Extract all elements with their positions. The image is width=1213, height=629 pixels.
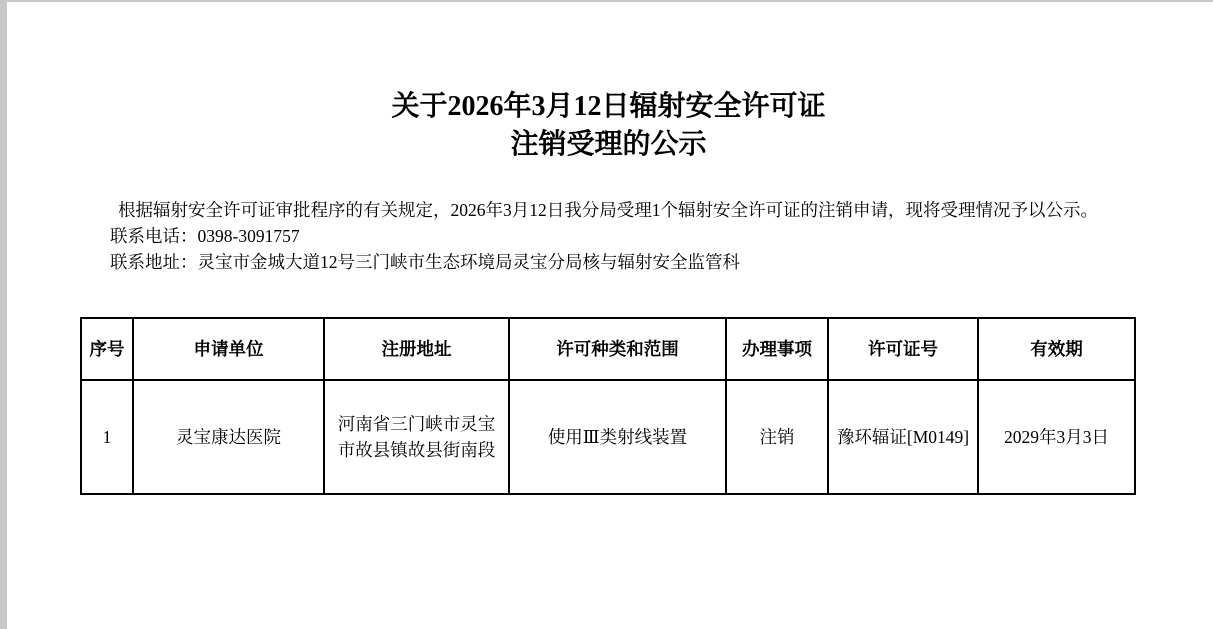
document-body: 根据辐射安全许可证审批程序的有关规定，2026年3月12日我分局受理1个辐射安全… <box>84 197 1136 275</box>
viewer-left-edge <box>0 0 7 629</box>
cell-registered-address: 河南省三门峡市灵宝市故县镇故县街南段 <box>324 380 509 494</box>
document-title: 关于2026年3月12日辐射安全许可证 注销受理的公示 <box>84 88 1133 164</box>
col-header-license-number: 许可证号 <box>828 318 978 380</box>
contact-phone-value: 0398-3091757 <box>198 226 300 246</box>
col-header-transaction-type: 办理事项 <box>726 318 828 380</box>
cell-license-type-scope: 使用Ⅲ类射线装置 <box>509 380 726 494</box>
document-title-line-2: 注销受理的公示 <box>84 126 1133 164</box>
contact-address-value: 灵宝市金城大道12号三门峡市生态环境局灵宝分局核与辐射安全监管科 <box>198 252 741 272</box>
cell-license-number: 豫环辐证[M0149] <box>828 380 978 494</box>
col-header-index: 序号 <box>81 318 133 380</box>
contact-address-line: 联系地址：灵宝市金城大道12号三门峡市生态环境局灵宝分局核与辐射安全监管科 <box>84 249 1136 275</box>
contact-address-label: 联系地址： <box>110 252 198 272</box>
col-header-validity-period: 有效期 <box>978 318 1135 380</box>
table-row: 1 灵宝康达医院 河南省三门峡市灵宝市故县镇故县街南段 使用Ⅲ类射线装置 注销 … <box>81 380 1135 494</box>
contact-phone-line: 联系电话：0398-3091757 <box>84 223 1136 249</box>
col-header-license-type-scope: 许可种类和范围 <box>509 318 726 380</box>
cell-transaction-type: 注销 <box>726 380 828 494</box>
col-header-registered-address: 注册地址 <box>324 318 509 380</box>
license-cancellation-table: 序号 申请单位 注册地址 许可种类和范围 办理事项 许可证号 有效期 1 灵宝康… <box>80 317 1136 495</box>
col-header-applicant: 申请单位 <box>133 318 324 380</box>
cell-applicant: 灵宝康达医院 <box>133 380 324 494</box>
cell-index: 1 <box>81 380 133 494</box>
contact-phone-label: 联系电话： <box>110 226 198 246</box>
viewer-top-edge <box>0 0 1213 2</box>
announcement-paragraph: 根据辐射安全许可证审批程序的有关规定，2026年3月12日我分局受理1个辐射安全… <box>84 197 1136 223</box>
table-header-row: 序号 申请单位 注册地址 许可种类和范围 办理事项 许可证号 有效期 <box>81 318 1135 380</box>
cell-validity-period: 2029年3月3日 <box>978 380 1135 494</box>
document-page: { "document": { "title_line1": "关于2026年3… <box>0 0 1213 629</box>
document-title-line-1: 关于2026年3月12日辐射安全许可证 <box>84 88 1133 126</box>
